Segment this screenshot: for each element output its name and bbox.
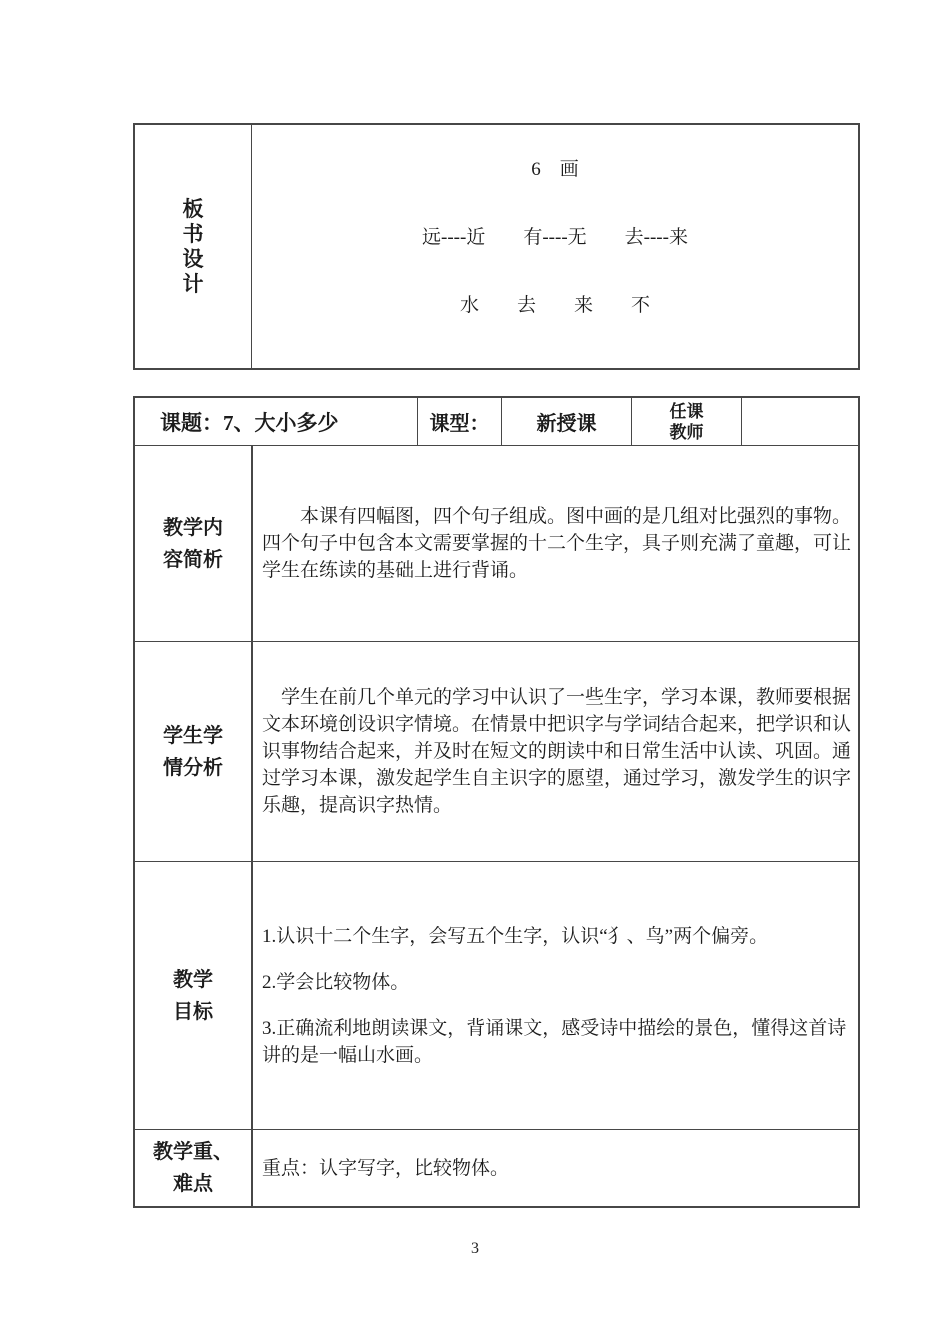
key-difficulty-label: 教学重、 难点 — [135, 1130, 252, 1206]
board-line-word-pairs: 远----近 有----无 去----来 — [252, 224, 858, 251]
teacher-name-cell — [741, 398, 858, 445]
board-design-content-cell: 6 画 远----近 有----无 去----来 水 去 来 不 — [252, 125, 858, 368]
label-line: 教学 — [173, 964, 213, 996]
student-analysis-paragraph: 学生在前几个单元的学习中认识了一些生字，学习本课，教师要根据文本环境创设识字情境… — [262, 684, 852, 819]
content-analysis-row: 教学内 容简析 本课有四幅图，四个句子组成。图中画的是几组对比强烈的事物。四个句… — [135, 445, 858, 641]
teacher-label-line: 任课 — [670, 401, 704, 422]
board-line-title: 6 画 — [252, 156, 858, 183]
lesson-plan-table: 课题：7、大小多少 课型： 新授课 任课 教师 教学内 容简析 本课有四幅图，四… — [133, 396, 860, 1208]
page-number: 3 — [0, 1240, 950, 1258]
board-design-table: 板 书 设 计 6 画 远----近 有----无 去----来 水 去 来 不 — [133, 123, 860, 370]
teaching-goals-label: 教学 目标 — [135, 862, 252, 1129]
board-line-characters: 水 去 来 不 — [252, 292, 858, 319]
content-analysis-text-cell: 本课有四幅图，四个句子组成。图中画的是几组对比强烈的事物。四个句子中包含本文需要… — [252, 446, 858, 641]
label-line: 教学重、 — [153, 1136, 233, 1168]
teacher-label: 任课 教师 — [631, 398, 741, 445]
label-line: 学生学 — [163, 720, 223, 752]
key-difficulty-row: 教学重、 难点 重点：认字写字，比较物体。 — [135, 1129, 858, 1206]
key-difficulty-paragraph: 重点：认字写字，比较物体。 — [262, 1155, 852, 1182]
label-line: 教学内 — [163, 512, 223, 544]
lesson-topic: 课题：7、大小多少 — [135, 398, 417, 445]
board-design-label-cell: 板 书 设 计 — [135, 125, 252, 368]
key-difficulty-text-cell: 重点：认字写字，比较物体。 — [252, 1130, 858, 1206]
content-analysis-label: 教学内 容简析 — [135, 446, 252, 641]
student-analysis-text-cell: 学生在前几个单元的学习中认识了一些生字，学习本课，教师要根据文本环境创设识字情境… — [252, 642, 858, 861]
teacher-label-line: 教师 — [670, 422, 704, 443]
lesson-type-label: 课型： — [417, 398, 501, 445]
teaching-goals-row: 教学 目标 1.认识十二个生字，会写五个生字，认识“犭、鸟”两个偏旁。 2.学会… — [135, 861, 858, 1129]
label-line: 容简析 — [163, 544, 223, 576]
lesson-header-row: 课题：7、大小多少 课型： 新授课 任课 教师 — [135, 398, 858, 445]
content-analysis-paragraph: 本课有四幅图，四个句子组成。图中画的是几组对比强烈的事物。四个句子中包含本文需要… — [262, 503, 852, 584]
label-line: 目标 — [173, 996, 213, 1028]
lesson-type-value: 新授课 — [501, 398, 631, 445]
student-analysis-label: 学生学 情分析 — [135, 642, 252, 861]
board-label-char: 书 — [183, 222, 204, 247]
label-line: 难点 — [173, 1168, 213, 1200]
board-label-char: 计 — [183, 272, 204, 297]
label-line: 情分析 — [163, 752, 223, 784]
teaching-goals-text-cell: 1.认识十二个生字，会写五个生字，认识“犭、鸟”两个偏旁。 2.学会比较物体。 … — [252, 862, 858, 1129]
goal-item-1: 1.认识十二个生字，会写五个生字，认识“犭、鸟”两个偏旁。 — [262, 923, 852, 950]
goal-item-2: 2.学会比较物体。 — [262, 969, 852, 996]
goal-item-3: 3.正确流利地朗读课文，背诵课文，感受诗中描绘的景色，懂得这首诗讲的是一幅山水画… — [262, 1015, 852, 1069]
board-label-char: 板 — [183, 197, 204, 222]
student-analysis-row: 学生学 情分析 学生在前几个单元的学习中认识了一些生字，学习本课，教师要根据文本… — [135, 641, 858, 861]
board-label-char: 设 — [183, 247, 204, 272]
